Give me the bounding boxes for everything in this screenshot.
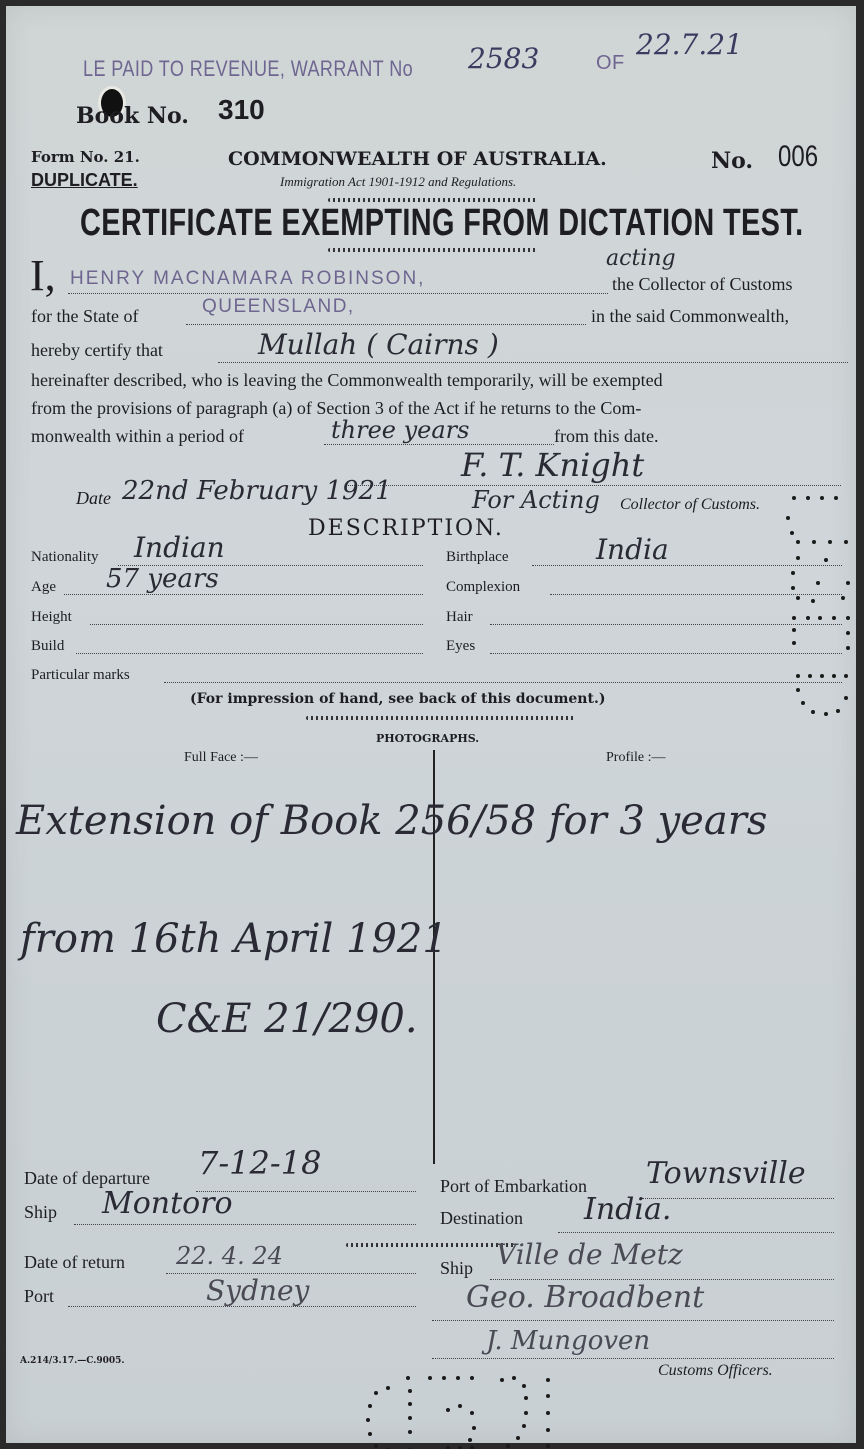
certificate-paper: LE PAID TO REVENUE, WARRANT No 2583 OF 2… bbox=[6, 6, 856, 1443]
certificate-title: CERTIFICATE EXEMPTING FROM DICTATION TES… bbox=[80, 202, 804, 245]
decorative-rule bbox=[328, 248, 538, 252]
embarkation-value: Townsville bbox=[646, 1156, 806, 1191]
ship-label: Ship bbox=[24, 1202, 57, 1223]
birthplace-label: Birthplace bbox=[446, 549, 508, 566]
nationality-label: Nationality bbox=[31, 549, 99, 566]
decorative-rule bbox=[346, 1243, 516, 1247]
body-line-1: hereinafter described, who is leaving th… bbox=[31, 370, 663, 391]
particular-marks-label: Particular marks bbox=[31, 667, 130, 684]
age-value: 57 years bbox=[106, 564, 219, 594]
age-label: Age bbox=[31, 579, 56, 596]
i-label: I, bbox=[30, 250, 56, 301]
birthplace-value: India bbox=[596, 533, 669, 566]
destination-value: India. bbox=[584, 1192, 671, 1227]
hand-impression-note: (For impression of hand, see back of thi… bbox=[190, 691, 605, 707]
officer-signature-1: Geo. Broadbent bbox=[466, 1280, 704, 1315]
duplicate-label: DUPLICATE. bbox=[31, 170, 138, 191]
state-value: QUEENSLAND, bbox=[202, 296, 355, 318]
period-value: three years bbox=[331, 416, 469, 444]
photographs-heading: PHOTOGRAPHS. bbox=[376, 732, 479, 745]
date-value: 22nd February 1921 bbox=[122, 476, 392, 506]
photo-note-line-2: from 16th April 1921 bbox=[20, 916, 448, 962]
description-heading: DESCRIPTION. bbox=[308, 516, 504, 541]
print-code: A.214/3.17.—C.9005. bbox=[20, 1356, 125, 1366]
body-line-3-prefix: monwealth within a period of bbox=[31, 426, 244, 447]
photo-note-line-3: C&E 21/290. bbox=[156, 996, 418, 1042]
body-line-3-suffix: from this date. bbox=[554, 426, 658, 447]
book-number: 310 bbox=[218, 94, 265, 126]
stamp-of-label: OF bbox=[596, 52, 625, 75]
collector-text: the Collector of Customs bbox=[612, 274, 792, 295]
return-date-value: 22. 4. 24 bbox=[176, 1242, 283, 1270]
destination-label: Destination bbox=[440, 1208, 523, 1229]
commonwealth-heading: COMMONWEALTH OF AUSTRALIA. bbox=[228, 148, 607, 170]
customs-officers-label: Customs Officers. bbox=[658, 1362, 773, 1380]
for-acting-note: For Acting bbox=[472, 486, 600, 514]
return-date-label: Date of return bbox=[24, 1252, 125, 1273]
return-ship-value: Ville de Metz bbox=[496, 1238, 683, 1271]
embarkation-label: Port of Embarkation bbox=[440, 1176, 587, 1197]
warrant-date: 22.7.21 bbox=[636, 28, 743, 61]
collector-name: HENRY MACNAMARA ROBINSON, bbox=[70, 268, 425, 290]
certify-label: hereby certify that bbox=[31, 340, 163, 361]
certificate-number: 006 bbox=[778, 140, 818, 174]
port-label: Port bbox=[24, 1286, 54, 1307]
photo-note-line-1: Extension of Book 256/58 for 3 years bbox=[16, 798, 767, 844]
hair-label: Hair bbox=[446, 609, 473, 626]
nationality-value: Indian bbox=[134, 531, 225, 564]
complexion-label: Complexion bbox=[446, 579, 520, 596]
commonwealth-text: in the said Commonwealth, bbox=[591, 306, 789, 327]
ship-value: Montoro bbox=[102, 1186, 233, 1221]
person-name: Mullah ( Cairns ) bbox=[258, 328, 499, 361]
number-label: No. bbox=[711, 148, 753, 174]
warrant-number: 2583 bbox=[468, 42, 539, 75]
revenue-stamp: LE PAID TO REVENUE, WARRANT No bbox=[83, 56, 413, 82]
height-label: Height bbox=[31, 609, 72, 626]
book-label: Book No. bbox=[76, 103, 189, 129]
profile-label: Profile :— bbox=[606, 750, 666, 766]
form-number: Form No. 21. bbox=[31, 148, 140, 166]
collector-label: Collector of Customs. bbox=[620, 496, 760, 514]
full-face-label: Full Face :— bbox=[184, 750, 258, 766]
decorative-rule bbox=[306, 716, 576, 720]
officer-signature-2: J. Mungoven bbox=[486, 1326, 650, 1356]
act-subtitle: Immigration Act 1901-1912 and Regulation… bbox=[280, 174, 516, 190]
date-label: Date bbox=[76, 488, 111, 509]
collector-signature: F. T. Knight bbox=[461, 446, 644, 484]
port-value: Sydney bbox=[206, 1274, 309, 1307]
build-label: Build bbox=[31, 638, 64, 655]
departure-value: 7-12-18 bbox=[198, 1144, 321, 1182]
state-label: for the State of bbox=[31, 306, 138, 327]
return-ship-label: Ship bbox=[440, 1258, 473, 1279]
eyes-label: Eyes bbox=[446, 638, 475, 655]
acting-insert: acting bbox=[606, 246, 676, 271]
